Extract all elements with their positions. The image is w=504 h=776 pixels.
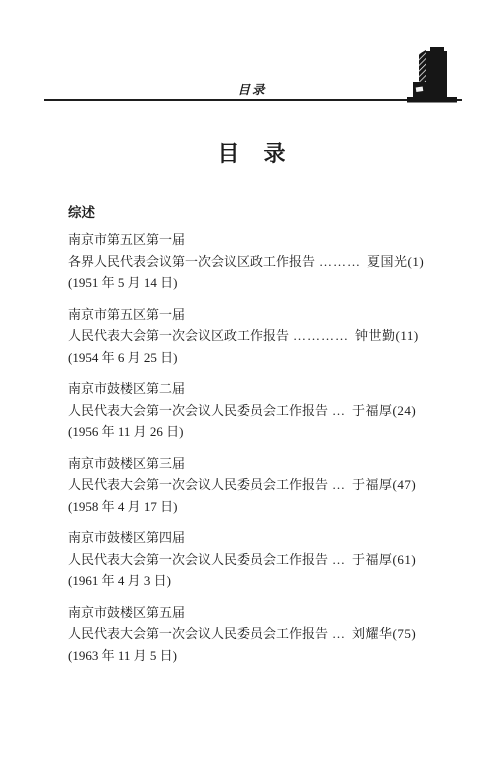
- entry-report-title: 人民代表大会第一次会议人民委员会工作报告: [68, 552, 328, 567]
- entry-session: 南京市第五区第一届: [68, 304, 460, 326]
- entry-report-title: 人民代表大会第一次会议区政工作报告: [68, 328, 289, 343]
- entry-session: 南京市鼓楼区第三届: [68, 453, 460, 475]
- toc-entry: 南京市鼓楼区第二届 人民代表大会第一次会议人民委员会工作报告…于福厚(24) (…: [68, 378, 460, 443]
- entry-dot-leader: …: [332, 626, 346, 641]
- entry-date: (1958 年 4 月 17 日): [68, 496, 460, 518]
- entry-date: (1956 年 11 月 26 日): [68, 421, 460, 443]
- entry-author-page: 钟世勤(11): [355, 328, 419, 343]
- toc-entry: 南京市第五区第一届 各界人民代表会议第一次会议区政工作报告………夏国光(1) (…: [68, 229, 460, 294]
- entry-session: 南京市第五区第一届: [68, 229, 460, 251]
- entry-report-title: 各界人民代表会议第一次会议区政工作报告: [68, 254, 315, 269]
- entry-author-page: 刘耀华(75): [352, 626, 416, 641]
- entry-dot-leader: …: [332, 403, 346, 418]
- section-heading: 综述: [68, 202, 460, 223]
- entry-session: 南京市鼓楼区第二届: [68, 378, 460, 400]
- entry-report-line: 人民代表大会第一次会议人民委员会工作报告…刘耀华(75): [68, 623, 460, 645]
- entry-date: (1963 年 11 月 5 日): [68, 645, 460, 667]
- entry-report-line: 人民代表大会第一次会议人民委员会工作报告…于福厚(47): [68, 474, 460, 496]
- toc-page: 目录 目 录 综述 南京市第五区第一届 各界人民代表会议第一次会议区政工作报告……: [0, 0, 504, 776]
- entry-session: 南京市鼓楼区第五届: [68, 602, 460, 624]
- entry-date: (1951 年 5 月 14 日): [68, 272, 460, 294]
- toc-content: 综述 南京市第五区第一届 各界人民代表会议第一次会议区政工作报告………夏国光(1…: [68, 202, 460, 676]
- entry-dot-leader: …: [332, 477, 346, 492]
- entry-date: (1961 年 4 月 3 日): [68, 570, 460, 592]
- entry-date: (1954 年 6 月 25 日): [68, 347, 460, 369]
- entry-report-title: 人民代表大会第一次会议人民委员会工作报告: [68, 477, 328, 492]
- building-silhouette-icon: [405, 45, 459, 103]
- toc-entry: 南京市鼓楼区第四届 人民代表大会第一次会议人民委员会工作报告…于福厚(61) (…: [68, 527, 460, 592]
- entry-report-line: 各界人民代表会议第一次会议区政工作报告………夏国光(1): [68, 251, 460, 273]
- entry-dot-leader: …: [332, 552, 346, 567]
- page-title: 目 录: [0, 137, 504, 168]
- toc-entry: 南京市第五区第一届 人民代表大会第一次会议区政工作报告…………钟世勤(11) (…: [68, 304, 460, 369]
- entry-report-title: 人民代表大会第一次会议人民委员会工作报告: [68, 626, 328, 641]
- header-rule: [44, 99, 462, 101]
- toc-entry: 南京市鼓楼区第五届 人民代表大会第一次会议人民委员会工作报告…刘耀华(75) (…: [68, 602, 460, 667]
- entry-report-line: 人民代表大会第一次会议人民委员会工作报告…于福厚(24): [68, 400, 460, 422]
- entry-report-line: 人民代表大会第一次会议区政工作报告…………钟世勤(11): [68, 325, 460, 347]
- entry-session: 南京市鼓楼区第四届: [68, 527, 460, 549]
- toc-entry: 南京市鼓楼区第三届 人民代表大会第一次会议人民委员会工作报告…于福厚(47) (…: [68, 453, 460, 518]
- entry-report-title: 人民代表大会第一次会议人民委员会工作报告: [68, 403, 328, 418]
- entry-author-page: 于福厚(47): [352, 477, 416, 492]
- entry-author-page: 夏国光(1): [367, 254, 424, 269]
- entry-report-line: 人民代表大会第一次会议人民委员会工作报告…于福厚(61): [68, 549, 460, 571]
- entry-dot-leader: …………: [293, 328, 349, 343]
- entry-author-page: 于福厚(61): [352, 552, 416, 567]
- entry-author-page: 于福厚(24): [352, 403, 416, 418]
- entry-dot-leader: ………: [319, 254, 361, 269]
